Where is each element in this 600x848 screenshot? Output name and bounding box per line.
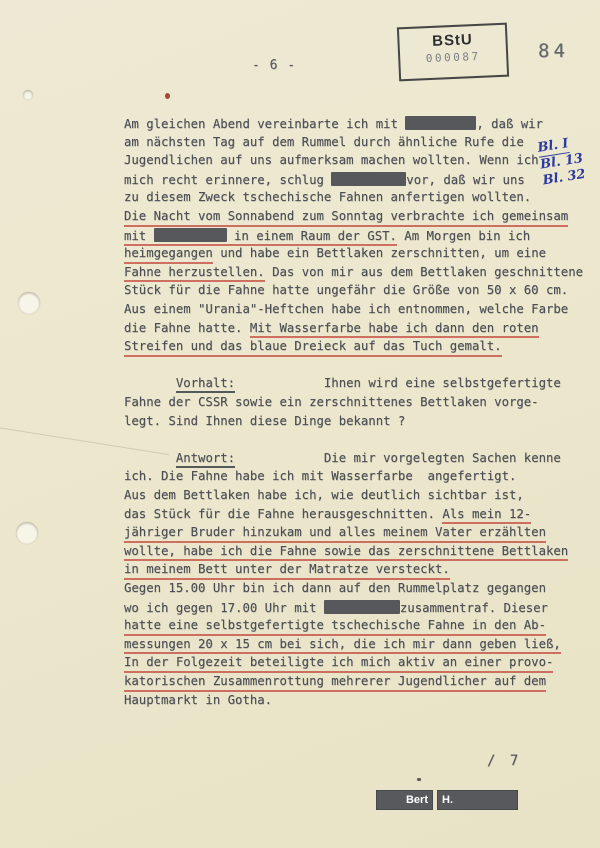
text-segment: die Fahne hatte. xyxy=(124,321,250,335)
text-line: Vorhalt: Ihnen wird eine selbstgefertigt… xyxy=(124,376,561,391)
text-segment: messungen 20 x 15 cm bei sich, die ich m… xyxy=(124,637,561,655)
text-line: mich recht erinnere, schlug vor, daß wir… xyxy=(124,172,525,188)
text-segment: jähriger Bruder hinzukam und alles meine… xyxy=(124,525,546,543)
text-segment xyxy=(124,451,176,465)
text-segment: legt. Sind Ihnen diese Dinge bekannt ? xyxy=(124,414,405,428)
text-line: wollte, habe ich die Fahne sowie das zer… xyxy=(124,544,568,559)
text-segment: Hauptmarkt in Gotha. xyxy=(124,693,272,707)
text-segment: Fahne der CSSR sowie ein zerschnittenes … xyxy=(124,395,539,409)
archive-page-number: 84 xyxy=(538,40,569,62)
text-line: hatte eine selbstgefertigte tschechische… xyxy=(124,618,546,633)
text-segment: Am gleichen Abend vereinbarte ich mit xyxy=(124,117,405,131)
text-line: die Fahne hatte. Mit Wasserfarbe habe ic… xyxy=(124,321,539,336)
text-segment: , daß wir xyxy=(476,117,543,131)
text-segment: Das von mir aus dem Bettlaken geschnitte… xyxy=(265,265,583,279)
text-segment: Aus einem "Urania"-Heftchen habe ich ent… xyxy=(124,302,568,316)
text-line: Am gleichen Abend vereinbarte ich mit , … xyxy=(124,116,543,132)
text-line: Stück für die Fahne hatte ungefähr die G… xyxy=(124,283,568,298)
text-segment: Mit Wasserfarbe habe ich dann den roten xyxy=(250,321,539,339)
text-segment: Stück für die Fahne hatte ungefähr die G… xyxy=(124,283,568,297)
text-segment xyxy=(235,376,324,390)
redaction-box xyxy=(405,116,476,130)
text-segment: und habe ein Bettlaken zerschnitten, um … xyxy=(213,246,546,260)
continuation-page-mark: / 7 xyxy=(487,753,521,769)
text-segment: zusammentraf. Dieser xyxy=(400,601,548,615)
text-line: das Stück für die Fahne herausgeschnitte… xyxy=(124,507,531,522)
text-segment: mit xyxy=(124,229,154,247)
text-segment: das Stück für die Fahne herausgeschnitte… xyxy=(124,507,442,521)
page-number-header: - 6 - xyxy=(252,58,296,73)
text-line: ich. Die Fahne habe ich mit Wasserfarbe … xyxy=(124,469,516,484)
text-line: Fahne herzustellen. Das von mir aus dem … xyxy=(124,265,583,280)
text-line: Aus dem Bettlaken habe ich, wie deutlich… xyxy=(124,488,524,503)
text-line: in meinem Bett unter der Matratze verste… xyxy=(124,562,450,577)
redacted-name-segment xyxy=(154,229,227,247)
text-segment: Jugendlichen auf uns aufmerksam machen w… xyxy=(124,153,539,167)
stamp-serial-number: 000087 xyxy=(400,49,506,67)
text-line: legt. Sind Ihnen diese Dinge bekannt ? xyxy=(124,414,405,429)
text-segment: am nächsten Tag auf dem Rummel durch ähn… xyxy=(124,135,524,149)
text-segment: Ihnen wird eine selbstgefertigte xyxy=(324,376,561,390)
text-segment: Aus dem Bettlaken habe ich, wie deutlich… xyxy=(124,488,524,502)
text-line: Antwort: Die mir vorgelegten Sachen kenn… xyxy=(124,451,561,466)
ink-speck xyxy=(417,778,421,781)
footer-redaction-label: Bert xyxy=(376,790,433,810)
text-line: Streifen und das blaue Dreieck auf das T… xyxy=(124,339,502,354)
bstu-archive-stamp: BStU 000087 xyxy=(397,23,509,82)
punch-hole-middle xyxy=(18,292,40,314)
text-segment xyxy=(124,376,176,390)
text-line: mit in einem Raum der GST. Am Morgen bin… xyxy=(124,228,530,244)
text-segment: vor, daß wir uns xyxy=(406,173,524,187)
text-line: heimgegangen und habe ein Bettlaken zers… xyxy=(124,246,546,261)
redacted-name-segment xyxy=(331,173,406,187)
text-segment xyxy=(235,451,324,465)
text-segment: zu diesem Zweck tschechische Fahnen anfe… xyxy=(124,190,531,204)
redacted-name-segment xyxy=(405,117,476,131)
text-segment: In der Folgezeit beteiligte ich mich akt… xyxy=(124,655,553,673)
text-segment: Die Nacht vom Sonnabend zum Sonntag verb… xyxy=(124,209,568,227)
text-segment: Antwort: xyxy=(176,451,235,468)
red-ink-dot xyxy=(165,93,170,99)
text-segment: in meinem Bett unter der Matratze verste… xyxy=(124,562,450,580)
text-segment: Als mein 12- xyxy=(442,507,531,525)
redaction-box xyxy=(154,228,227,242)
text-segment: Die mir vorgelegten Sachen kenne xyxy=(324,451,561,465)
stamp-title: BStU xyxy=(399,30,506,52)
text-segment: ich. Die Fahne habe ich mit Wasserfarbe … xyxy=(124,469,516,483)
punch-hole-small xyxy=(23,90,33,100)
footer-redaction-label: H. xyxy=(437,790,518,810)
text-segment: wollte, habe ich die Fahne sowie das zer… xyxy=(124,544,568,562)
text-line: Gegen 15.00 Uhr bin ich dann auf den Rum… xyxy=(124,581,546,596)
text-line: Fahne der CSSR sowie ein zerschnittenes … xyxy=(124,395,539,410)
text-line: messungen 20 x 15 cm bei sich, die ich m… xyxy=(124,637,561,652)
redaction-box xyxy=(331,172,406,186)
redacted-name-segment xyxy=(324,601,400,615)
text-segment: Fahne herzustellen. xyxy=(124,265,265,283)
punch-hole-lower xyxy=(16,522,38,544)
text-line: Hauptmarkt in Gotha. xyxy=(124,693,272,708)
text-segment: wo ich gegen 17.00 Uhr mit xyxy=(124,601,324,615)
text-line: Die Nacht vom Sonnabend zum Sonntag verb… xyxy=(124,209,568,224)
text-segment: Vorhalt: xyxy=(176,376,235,393)
text-line: katorischen Zusammenrottung mehrerer Jug… xyxy=(124,674,546,689)
handwritten-margin-notes: Bl. I Bl. 13 Bl. 32 xyxy=(537,132,600,190)
redaction-box xyxy=(324,600,400,614)
text-line: In der Folgezeit beteiligte ich mich akt… xyxy=(124,655,553,670)
text-line: am nächsten Tag auf dem Rummel durch ähn… xyxy=(124,135,524,150)
text-segment: Streifen und das blaue Dreieck auf das T… xyxy=(124,339,502,357)
text-line: zu diesem Zweck tschechische Fahnen anfe… xyxy=(124,190,531,205)
text-line: wo ich gegen 17.00 Uhr mit zusammentraf.… xyxy=(124,600,548,616)
text-segment: hatte eine selbstgefertigte tschechische… xyxy=(124,618,546,636)
text-segment: katorischen Zusammenrottung mehrerer Jug… xyxy=(124,674,546,692)
text-segment: Am Morgen bin ich xyxy=(397,229,530,243)
text-line: Aus einem "Urania"-Heftchen habe ich ent… xyxy=(124,302,568,317)
text-segment: mich recht erinnere, schlug xyxy=(124,173,331,187)
scanned-document-page: - 6 - BStU 000087 84 Bl. I Bl. 13 Bl. 32… xyxy=(0,0,600,848)
text-segment: Gegen 15.00 Uhr bin ich dann auf den Rum… xyxy=(124,581,546,595)
text-segment: in einem Raum der GST. xyxy=(227,229,397,247)
text-segment: heimgegangen xyxy=(124,246,213,264)
text-line: Jugendlichen auf uns aufmerksam machen w… xyxy=(124,153,539,168)
text-line: jähriger Bruder hinzukam und alles meine… xyxy=(124,525,546,540)
